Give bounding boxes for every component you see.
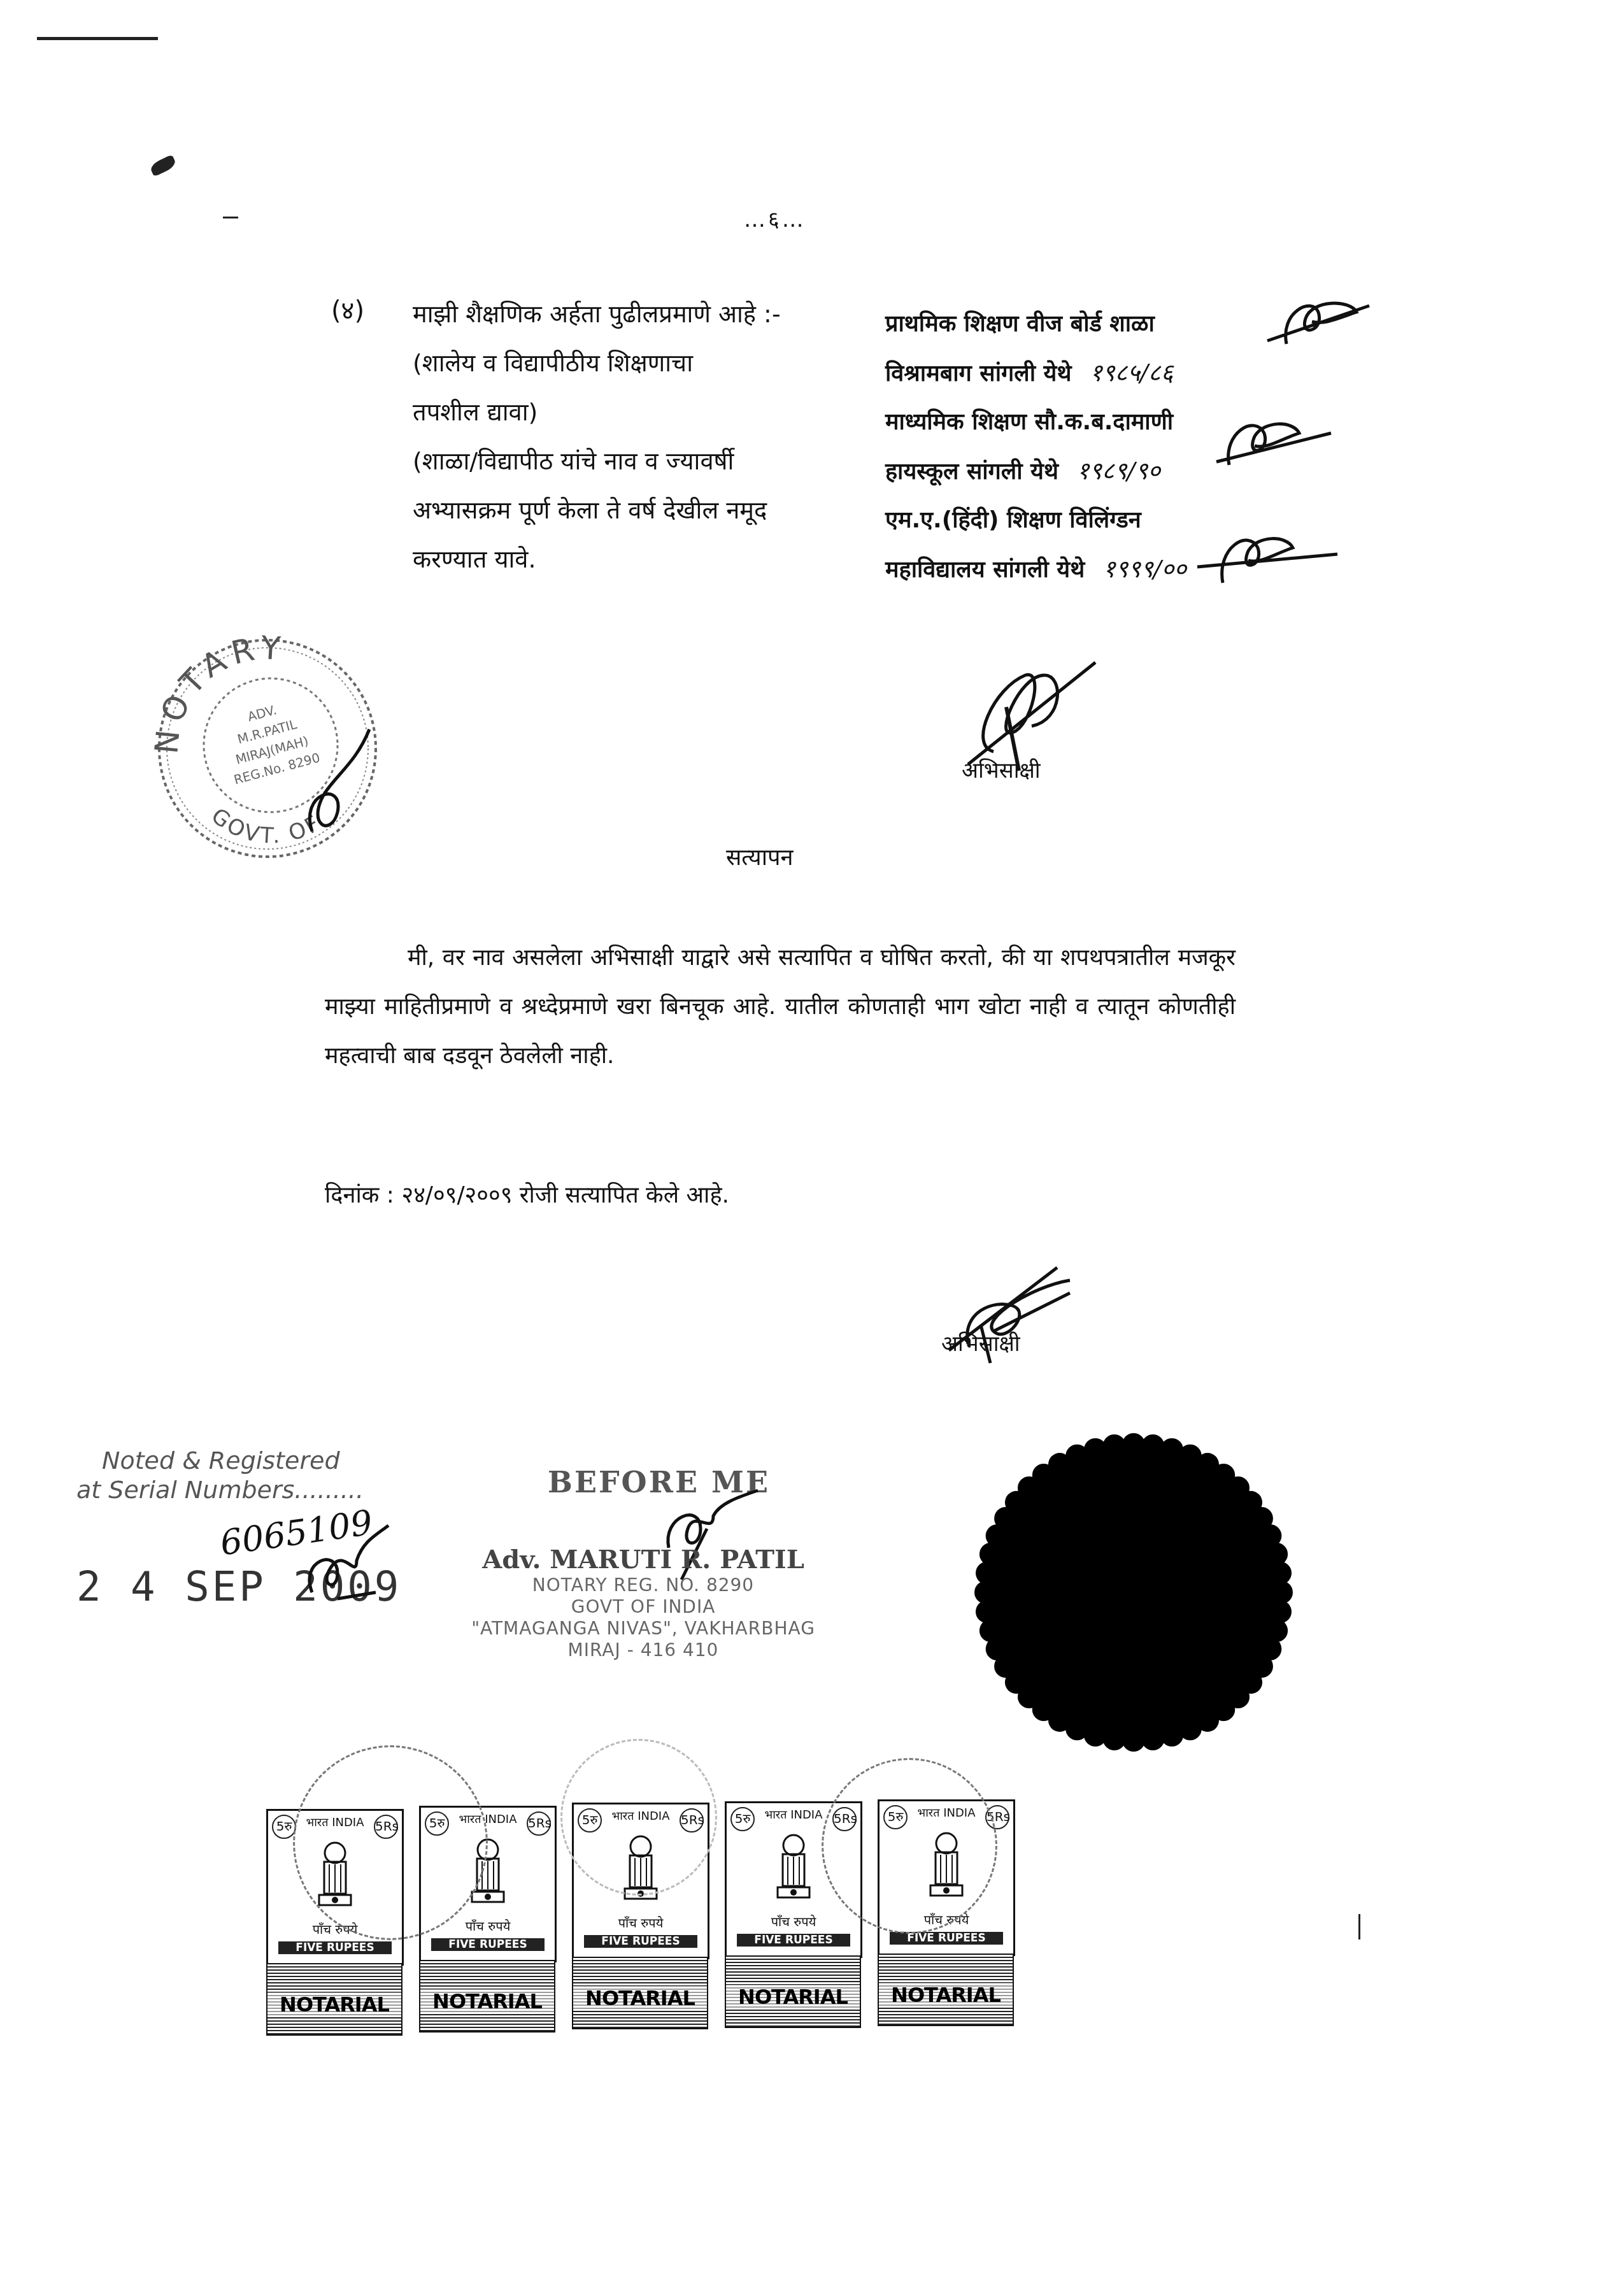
scan-artifact-dash bbox=[223, 217, 238, 218]
notarial-label: NOTARIAL bbox=[573, 1986, 707, 2010]
notary-line: GOVT OF INDIA bbox=[471, 1596, 815, 1618]
instruction-line: (शाळा/विद्यापीठ यांचे नाव व ज्यावर्षी bbox=[413, 437, 858, 486]
seal-inner-line: ADV. bbox=[246, 702, 278, 724]
entry-year: १९८९/९० bbox=[1077, 457, 1160, 485]
stamp-english-value: FIVE RUPEES bbox=[584, 1935, 697, 1948]
scan-artifact-bar bbox=[1358, 1914, 1360, 1940]
registration-line: at Serial Numbers......... bbox=[76, 1475, 364, 1504]
instruction-line: (शालेय व विद्यापीठीय शिक्षणाचा bbox=[413, 339, 858, 388]
notary-overlay-stamp bbox=[822, 1758, 997, 1934]
notarial-band: NOTARIAL bbox=[419, 1960, 555, 2033]
notary-address-stamp: Adv. MARUTI R. PATIL NOTARY REG. NO. 829… bbox=[471, 1545, 815, 1661]
scan-artifact-blot bbox=[149, 154, 178, 176]
svg-text:GOVT. OF: GOVT. OF bbox=[206, 803, 326, 849]
entry-institution: महाविद्यालय सांगली येथे bbox=[885, 557, 1085, 583]
stamp-hindi-value: पाँच रुपये bbox=[727, 1913, 860, 1930]
notary-overlay-stamp bbox=[293, 1745, 488, 1940]
entry-year: १९९९/०० bbox=[1103, 555, 1186, 583]
notarial-label: NOTARIAL bbox=[879, 1983, 1013, 2007]
stamp-english-value: FIVE RUPEES bbox=[890, 1932, 1003, 1945]
stamp-value-right: 5Rs bbox=[527, 1811, 551, 1836]
entry-institution: हायस्कूल सांगली येथे bbox=[885, 459, 1058, 485]
stamp-english-value: FIVE RUPEES bbox=[737, 1934, 850, 1947]
initials-signature-icon bbox=[1261, 293, 1376, 353]
registration-stamp: Noted & Registered at Serial Numbers....… bbox=[76, 1446, 364, 1504]
notary-name: Adv. MARUTI R. PATIL bbox=[471, 1545, 815, 1575]
witness-label: अभिसाक्षी bbox=[962, 755, 1041, 784]
qualification-instructions: माझी शैक्षणिक अर्हता पुढीलप्रमाणे आहे :-… bbox=[413, 290, 858, 584]
stamp-english-value: FIVE RUPEES bbox=[278, 1941, 392, 1954]
notarial-band: NOTARIAL bbox=[878, 1954, 1014, 2026]
notary-line: MIRAJ - 416 410 bbox=[471, 1640, 815, 1661]
ashoka-emblem-icon bbox=[771, 1831, 816, 1908]
stamp-english-value: FIVE RUPEES bbox=[431, 1938, 545, 1951]
notarial-band: NOTARIAL bbox=[572, 1957, 708, 2029]
seal-outer-bottom: GOVT. OF bbox=[206, 803, 326, 849]
notarial-band: NOTARIAL bbox=[266, 1963, 402, 2036]
notary-overlay-stamp bbox=[560, 1739, 717, 1896]
embossed-seal-icon bbox=[968, 1427, 1299, 1758]
instruction-line: माझी शैक्षणिक अर्हता पुढीलप्रमाणे आहे :- bbox=[413, 290, 858, 339]
page-number: …६… bbox=[744, 204, 806, 233]
item-number: (४) bbox=[331, 292, 364, 327]
entry-year: १९८५/८६ bbox=[1090, 359, 1173, 387]
verification-text: मी, वर नाव असलेला अभिसाक्षी याद्वारे असे… bbox=[325, 945, 1236, 1069]
instruction-line: करण्यात यावे. bbox=[413, 535, 858, 584]
notarial-label: NOTARIAL bbox=[420, 1989, 554, 2013]
instruction-line: अभ्यासक्रम पूर्ण केला ते वर्ष देखील नमूद bbox=[413, 486, 858, 535]
notary-line: NOTARY REG. NO. 8290 bbox=[471, 1575, 815, 1596]
entry-institution: विश्रामबाग सांगली येथे bbox=[885, 361, 1071, 387]
verification-paragraph: मी, वर नाव असलेला अभिसाक्षी याद्वारे असे… bbox=[325, 933, 1236, 1080]
instruction-line: तपशील द्यावा) bbox=[413, 388, 858, 437]
scan-artifact-line bbox=[37, 37, 158, 40]
verification-heading: सत्यापन bbox=[726, 841, 793, 872]
notary-initials-icon bbox=[299, 1522, 395, 1614]
initials-signature-icon bbox=[1197, 529, 1344, 589]
notary-line: "ATMAGANGA NIVAS", VAKHARBHAG bbox=[471, 1618, 815, 1640]
notarial-label: NOTARIAL bbox=[726, 1985, 860, 2009]
witness-label: अभिसाक्षी bbox=[941, 1328, 1020, 1357]
notarial-label: NOTARIAL bbox=[267, 1992, 401, 2017]
stamp-hindi-value: पाँच रुपये bbox=[574, 1914, 708, 1931]
registration-line: Noted & Registered bbox=[76, 1446, 364, 1475]
verification-date: दिनांक : २४/०९/२००९ रोजी सत्यापित केले आ… bbox=[325, 1178, 729, 1210]
entry-primary-line1: प्राथमिक शिक्षण वीज बोर्ड शाळा bbox=[885, 299, 1280, 348]
initials-signature-icon bbox=[1210, 414, 1337, 474]
entry-primary-line2: विश्रामबाग सांगली येथे १९८५/८६ bbox=[885, 348, 1280, 397]
notary-seal: NOTARY GOVT. OF ADV. M.R.PATIL MIRAJ(MAH… bbox=[153, 634, 382, 863]
notarial-band: NOTARIAL bbox=[725, 1955, 861, 2028]
